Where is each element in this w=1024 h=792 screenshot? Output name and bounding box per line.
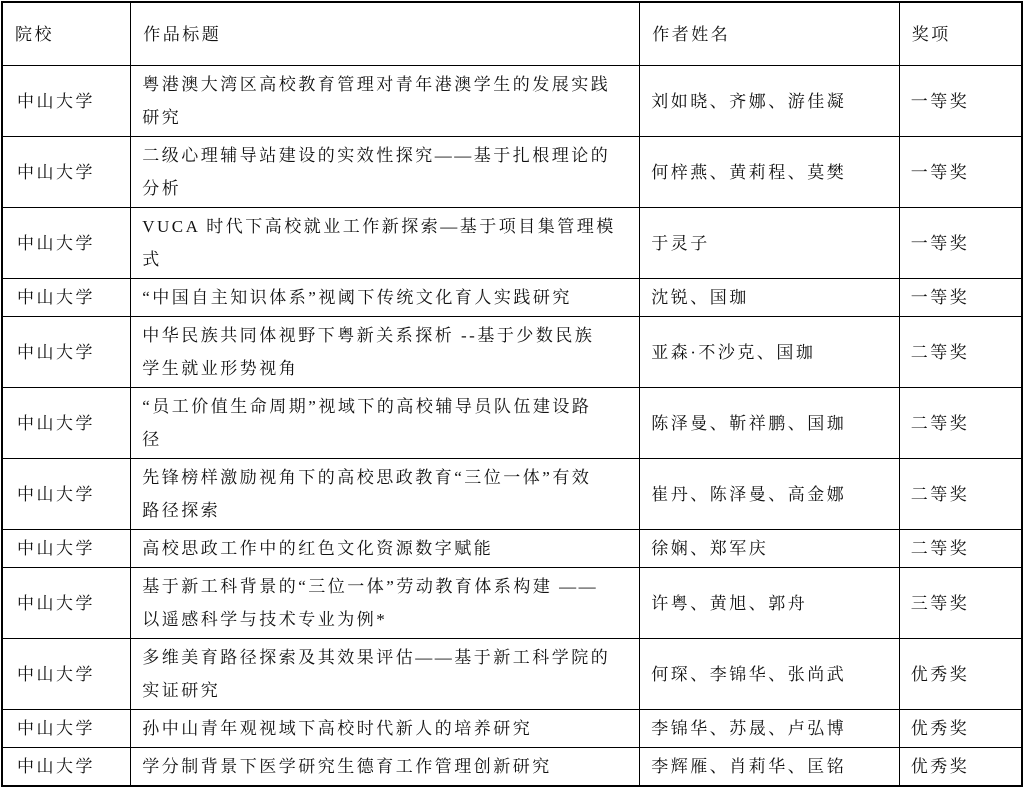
cell-authors: 陈泽曼、靳祥鹏、国珈 (640, 388, 900, 459)
col-header-title: 作品标题 (131, 2, 640, 66)
cell-title: “员工价值生命周期”视域下的高校辅导员队伍建设路 径 (131, 388, 640, 459)
cell-award: 一等奖 (899, 208, 1022, 279)
cell-title: “中国自主知识体系”视阈下传统文化育人实践研究 (131, 279, 640, 317)
cell-title: 先锋榜样激励视角下的高校思政教育“三位一体”有效 路径探索 (131, 459, 640, 530)
table-row: 中山大学先锋榜样激励视角下的高校思政教育“三位一体”有效 路径探索崔丹、陈泽曼、… (2, 459, 1022, 530)
cell-authors: 崔丹、陈泽曼、高金娜 (640, 459, 900, 530)
cell-authors: 许粤、黄旭、郭舟 (640, 568, 900, 639)
cell-authors: 李辉雁、肖莉华、匡铭 (640, 748, 900, 787)
cell-title: 粤港澳大湾区高校教育管理对青年港澳学生的发展实践 研究 (131, 66, 640, 137)
cell-authors: 徐娴、郑军庆 (640, 530, 900, 568)
cell-school: 中山大学 (2, 388, 131, 459)
cell-title: 学分制背景下医学研究生德育工作管理创新研究 (131, 748, 640, 787)
cell-authors: 刘如晓、齐娜、游佳凝 (640, 66, 900, 137)
table-row: 中山大学VUCA 时代下高校就业工作新探索—基于项目集管理模 式于灵子一等奖 (2, 208, 1022, 279)
table-row: 中山大学多维美育路径探索及其效果评估——基于新工科学院的 实证研究何琛、李锦华、… (2, 639, 1022, 710)
table-row: 中山大学学分制背景下医学研究生德育工作管理创新研究李辉雁、肖莉华、匡铭优秀奖 (2, 748, 1022, 787)
cell-school: 中山大学 (2, 639, 131, 710)
cell-school: 中山大学 (2, 208, 131, 279)
cell-title: VUCA 时代下高校就业工作新探索—基于项目集管理模 式 (131, 208, 640, 279)
cell-title: 多维美育路径探索及其效果评估——基于新工科学院的 实证研究 (131, 639, 640, 710)
table-row: 中山大学“员工价值生命周期”视域下的高校辅导员队伍建设路 径陈泽曼、靳祥鹏、国珈… (2, 388, 1022, 459)
cell-school: 中山大学 (2, 710, 131, 748)
cell-title: 基于新工科背景的“三位一体”劳动教育体系构建 —— 以遥感科学与技术专业为例* (131, 568, 640, 639)
cell-authors: 沈锐、国珈 (640, 279, 900, 317)
cell-school: 中山大学 (2, 459, 131, 530)
table-row: 中山大学孙中山青年观视域下高校时代新人的培养研究李锦华、苏晟、卢弘博优秀奖 (2, 710, 1022, 748)
cell-school: 中山大学 (2, 279, 131, 317)
cell-authors: 何梓燕、黄莉程、莫樊 (640, 137, 900, 208)
cell-award: 二等奖 (899, 459, 1022, 530)
col-header-school: 院校 (2, 2, 131, 66)
cell-award: 二等奖 (899, 530, 1022, 568)
table-row: 中山大学二级心理辅导站建设的实效性探究——基于扎根理论的 分析何梓燕、黄莉程、莫… (2, 137, 1022, 208)
cell-award: 一等奖 (899, 137, 1022, 208)
cell-award: 一等奖 (899, 66, 1022, 137)
cell-authors: 于灵子 (640, 208, 900, 279)
table-row: 中山大学“中国自主知识体系”视阈下传统文化育人实践研究沈锐、国珈一等奖 (2, 279, 1022, 317)
cell-award: 二等奖 (899, 317, 1022, 388)
table-row: 中山大学中华民族共同体视野下粤新关系探析 --基于少数民族 学生就业形势视角亚森… (2, 317, 1022, 388)
cell-authors: 亚森·不沙克、国珈 (640, 317, 900, 388)
table-body: 中山大学粤港澳大湾区高校教育管理对青年港澳学生的发展实践 研究刘如晓、齐娜、游佳… (2, 66, 1022, 787)
awards-table: 院校 作品标题 作者姓名 奖项 中山大学粤港澳大湾区高校教育管理对青年港澳学生的… (1, 1, 1023, 787)
cell-school: 中山大学 (2, 748, 131, 787)
cell-award: 优秀奖 (899, 710, 1022, 748)
cell-title: 中华民族共同体视野下粤新关系探析 --基于少数民族 学生就业形势视角 (131, 317, 640, 388)
cell-award: 优秀奖 (899, 748, 1022, 787)
cell-award: 一等奖 (899, 279, 1022, 317)
cell-school: 中山大学 (2, 66, 131, 137)
cell-award: 优秀奖 (899, 639, 1022, 710)
cell-award: 二等奖 (899, 388, 1022, 459)
cell-title: 孙中山青年观视域下高校时代新人的培养研究 (131, 710, 640, 748)
cell-school: 中山大学 (2, 530, 131, 568)
cell-award: 三等奖 (899, 568, 1022, 639)
cell-authors: 何琛、李锦华、张尚武 (640, 639, 900, 710)
table-row: 中山大学高校思政工作中的红色文化资源数字赋能徐娴、郑军庆二等奖 (2, 530, 1022, 568)
cell-school: 中山大学 (2, 317, 131, 388)
cell-authors: 李锦华、苏晟、卢弘博 (640, 710, 900, 748)
cell-title: 二级心理辅导站建设的实效性探究——基于扎根理论的 分析 (131, 137, 640, 208)
col-header-authors: 作者姓名 (640, 2, 900, 66)
header-row: 院校 作品标题 作者姓名 奖项 (2, 2, 1022, 66)
cell-school: 中山大学 (2, 137, 131, 208)
col-header-award: 奖项 (899, 2, 1022, 66)
cell-title: 高校思政工作中的红色文化资源数字赋能 (131, 530, 640, 568)
table-row: 中山大学基于新工科背景的“三位一体”劳动教育体系构建 —— 以遥感科学与技术专业… (2, 568, 1022, 639)
table-row: 中山大学粤港澳大湾区高校教育管理对青年港澳学生的发展实践 研究刘如晓、齐娜、游佳… (2, 66, 1022, 137)
cell-school: 中山大学 (2, 568, 131, 639)
